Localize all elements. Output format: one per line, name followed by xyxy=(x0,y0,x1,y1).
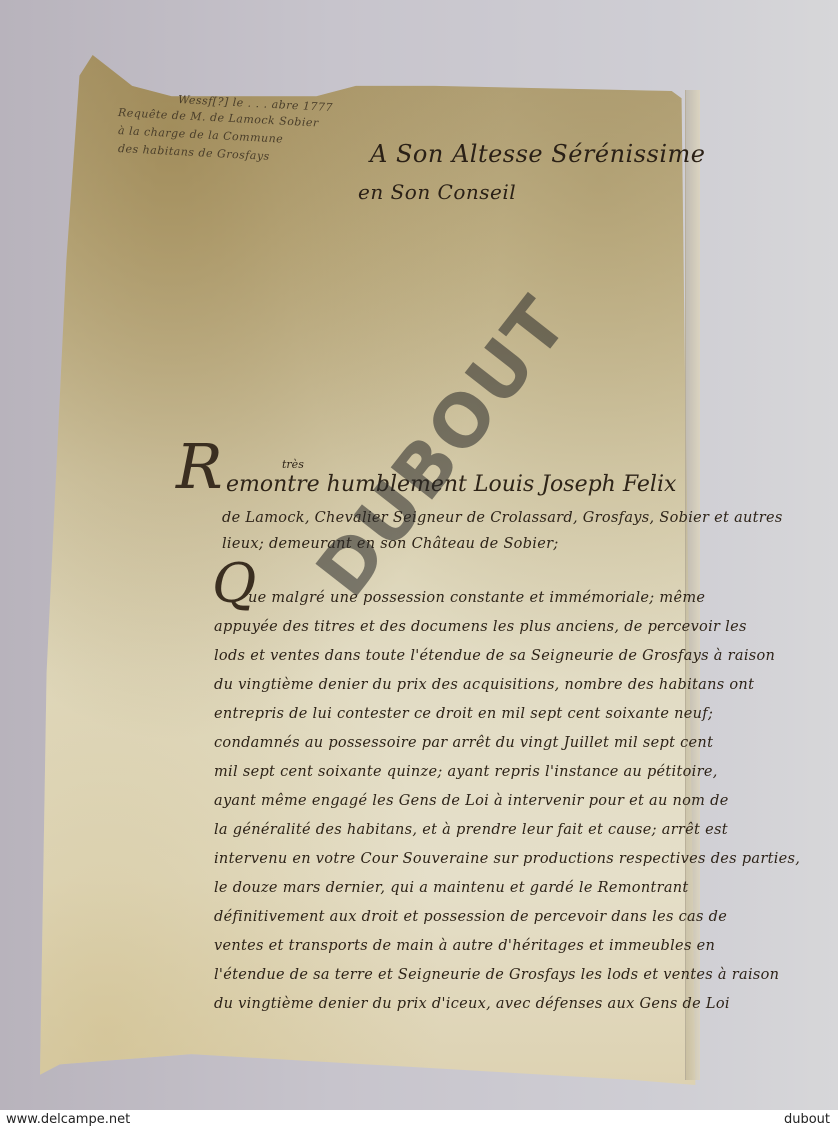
body-line: définitivement aux droit et possession d… xyxy=(214,909,727,925)
footer-bar: www.delcampe.net dubout xyxy=(0,1110,838,1131)
body-line: mil sept cent soixante quinze; ayant rep… xyxy=(214,764,718,780)
paper-edge xyxy=(685,90,700,1080)
body-line: le douze mars dernier, qui a maintenu et… xyxy=(214,880,689,896)
body-line: intervenu en votre Cour Souveraine sur p… xyxy=(214,851,800,867)
body-line: lods et ventes dans toute l'étendue de s… xyxy=(214,648,775,664)
superscript-tres: très xyxy=(282,458,304,471)
body-line: l'étendue de sa terre et Seigneurie de G… xyxy=(214,967,779,983)
body-line: ayant même engagé les Gens de Loi à inte… xyxy=(214,793,729,809)
address-line-2: en Son Conseil xyxy=(358,180,516,204)
body-line: condamnés au possessoire par arrêt du vi… xyxy=(214,735,713,751)
seller-name[interactable]: dubout xyxy=(784,1112,830,1127)
body-line: entrepris de lui contester ce droit en m… xyxy=(214,706,713,722)
body-line: du vingtième denier du prix d'iceux, ave… xyxy=(214,996,730,1012)
site-link[interactable]: www.delcampe.net xyxy=(6,1112,130,1127)
decorative-initial-r: R xyxy=(176,430,223,503)
address-line-1: A Son Altesse Sérénissime xyxy=(370,140,705,168)
body-line: la généralité des habitans, et à prendre… xyxy=(214,822,728,838)
body-line: ventes et transports de main à autre d'h… xyxy=(214,938,715,954)
body-line: du vingtième denier du prix des acquisit… xyxy=(214,677,754,693)
body-line: appuyée des titres et des documens les p… xyxy=(214,619,747,635)
body-line: ue malgré une possession constante et im… xyxy=(248,590,705,606)
opening-continuation: de Lamock, Chevalier Seigneur de Crolass… xyxy=(222,510,783,526)
